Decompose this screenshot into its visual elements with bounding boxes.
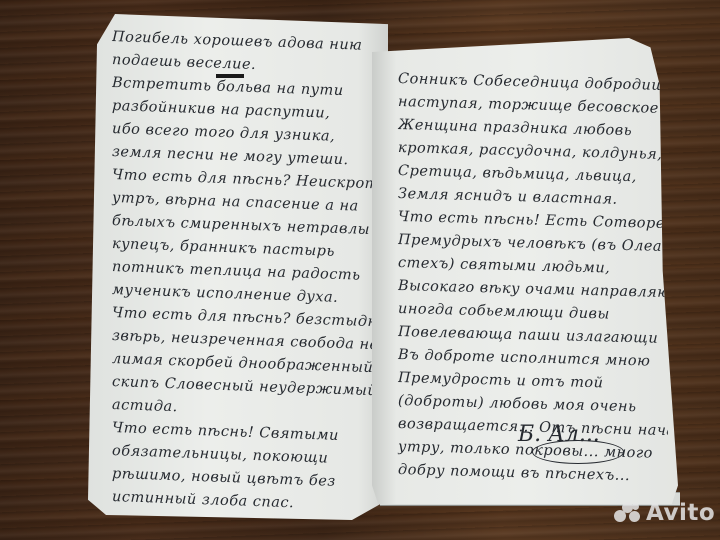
notebook-left-page: Погибель хорошевъ адова ниꙗ подаешь весе… — [88, 14, 388, 520]
left-page-handwriting: Погибель хорошевъ адова ниꙗ подаешь весе… — [112, 26, 382, 509]
signature-flourish — [532, 440, 624, 464]
right-page-handwriting: Сонникъ Собеседница добродищ наступая, т… — [398, 68, 668, 482]
notebook-right-page: Сонникъ Собеседница добродищ наступая, т… — [372, 38, 678, 504]
avito-watermark: Avito — [612, 500, 715, 526]
avito-dots-logo-icon — [612, 502, 642, 524]
avito-wordmark: Avito — [646, 500, 715, 526]
